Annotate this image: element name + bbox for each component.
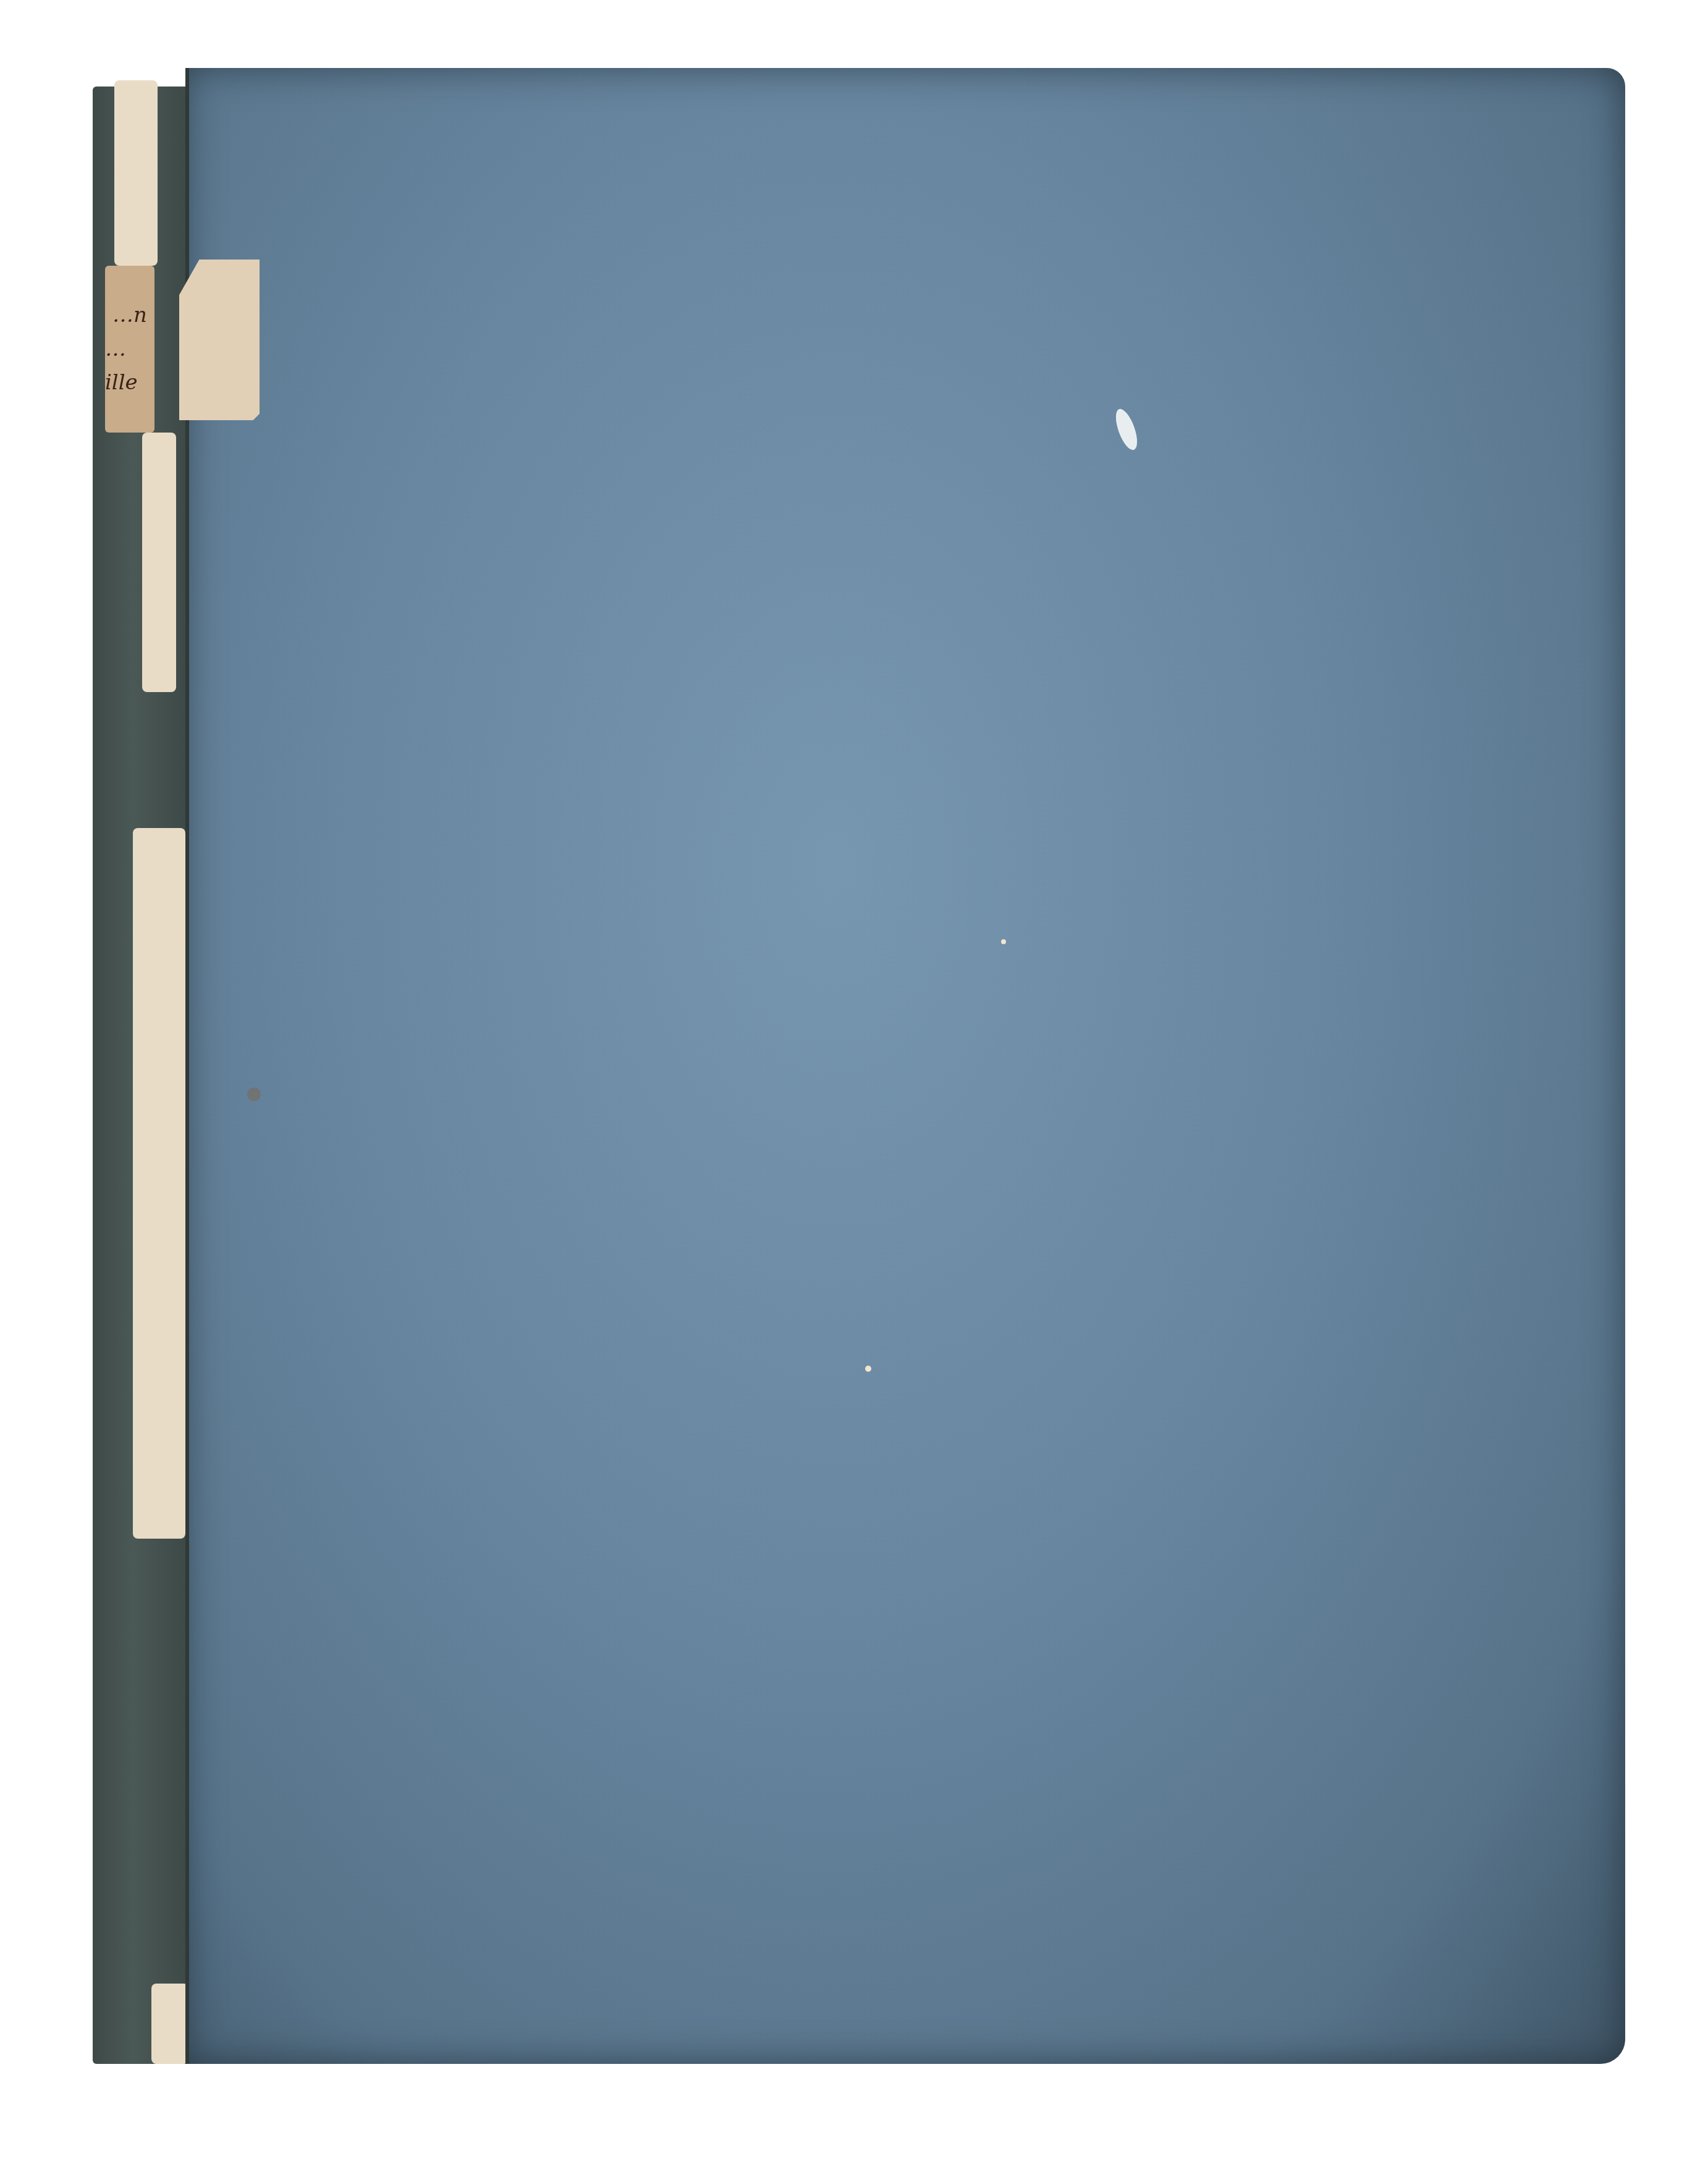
book-photo: …n …ille [0,0,1708,2164]
front-cover [185,68,1625,2064]
speck [865,1366,871,1372]
spine-label-line-2: …ille [105,332,154,400]
spine-label-line-1: …n [112,298,147,332]
spine-paper-tear [142,433,176,692]
spine-paper-tear [114,80,158,266]
spine-paper-tear [133,828,185,1539]
stain [247,1088,261,1101]
speck [1001,939,1006,944]
paper-patch [179,260,260,420]
spine-label: …n …ille [105,266,154,433]
spine-paper-tear [151,1984,188,2064]
